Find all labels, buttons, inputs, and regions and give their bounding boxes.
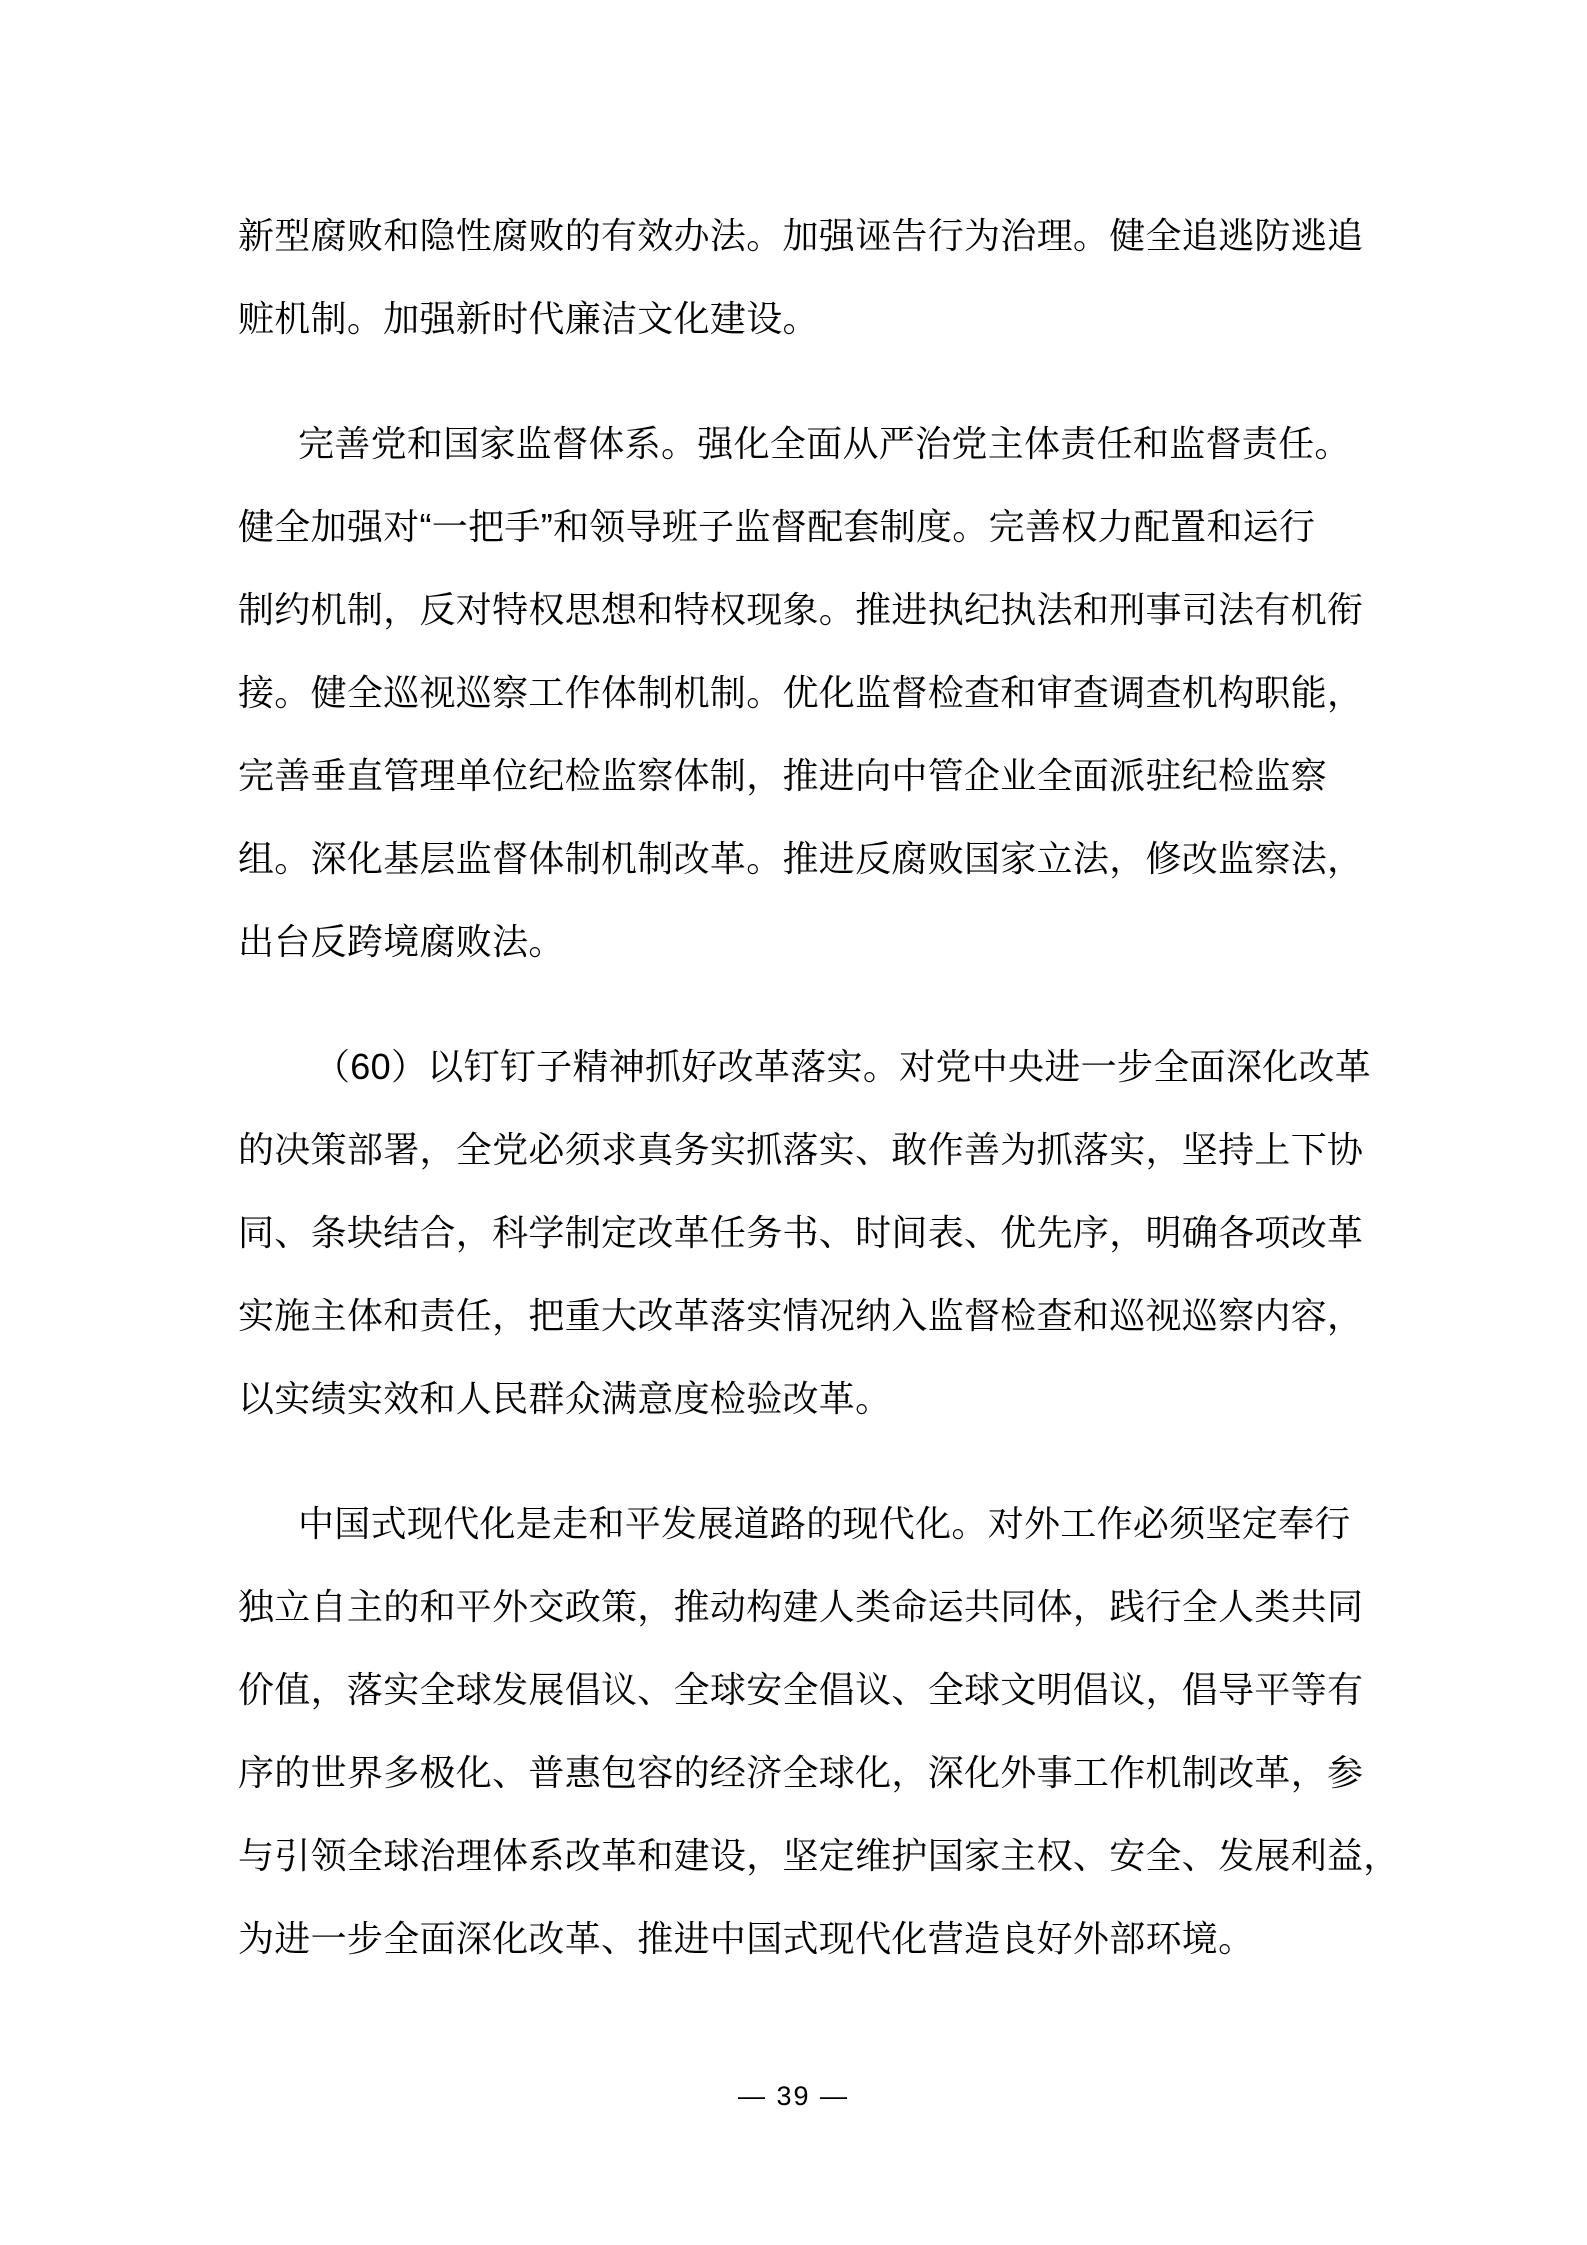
- text-line: 制约机制，反对特权思想和特权现象。推进执纪执法和刑事司法有机衔: [238, 568, 1352, 651]
- text-line: 赃机制。加强新时代廉洁文化建设。: [238, 277, 1352, 360]
- text-line: 组。深化基层监督体制机制改革。推进反腐败国家立法，修改监察法，: [238, 817, 1352, 900]
- text-line: 健全加强对“一把手”和领导班子监督配套制度。完善权力配置和运行: [238, 485, 1352, 568]
- paragraph: 完善党和国家监督体系。强化全面从严治党主体责任和监督责任。健全加强对“一把手”和…: [238, 402, 1352, 983]
- text-line: 出台反跨境腐败法。: [238, 900, 1352, 983]
- text-line: 完善党和国家监督体系。强化全面从严治党主体责任和监督责任。: [238, 402, 1352, 485]
- text-line: 中国式现代化是走和平发展道路的现代化。对外工作必须坚定奉行: [238, 1482, 1352, 1565]
- paragraph: 中国式现代化是走和平发展道路的现代化。对外工作必须坚定奉行独立自主的和平外交政策…: [238, 1482, 1352, 1980]
- document-page: 新型腐败和隐性腐败的有效办法。加强诬告行为治理。健全追逃防逃追赃机制。加强新时代…: [0, 0, 1587, 2245]
- text-line: （60）以钉钉子精神抓好改革落实。对党中央进一步全面深化改革: [238, 1025, 1352, 1108]
- text-line: 新型腐败和隐性腐败的有效办法。加强诬告行为治理。健全追逃防逃追: [238, 194, 1352, 277]
- text-line: 以实绩实效和人民群众满意度检验改革。: [238, 1357, 1352, 1440]
- text-line: 为进一步全面深化改革、推进中国式现代化营造良好外部环境。: [238, 1897, 1352, 1980]
- document-body: 新型腐败和隐性腐败的有效办法。加强诬告行为治理。健全追逃防逃追赃机制。加强新时代…: [238, 194, 1352, 1980]
- text-line: 与引领全球治理体系改革和建设，坚定维护国家主权、安全、发展利益，: [238, 1814, 1352, 1897]
- page-footer: — 39 —: [0, 2076, 1587, 2116]
- text-line: 序的世界多极化、普惠包容的经济全球化，深化外事工作机制改革，参: [238, 1731, 1352, 1814]
- page-number: — 39 —: [738, 2081, 849, 2111]
- paragraph: （60）以钉钉子精神抓好改革落实。对党中央进一步全面深化改革的决策部署，全党必须…: [238, 1025, 1352, 1440]
- text-line: 价值，落实全球发展倡议、全球安全倡议、全球文明倡议，倡导平等有: [238, 1648, 1352, 1731]
- text-line: 接。健全巡视巡察工作体制机制。优化监督检查和审查调查机构职能，: [238, 651, 1352, 734]
- text-line: 实施主体和责任，把重大改革落实情况纳入监督检查和巡视巡察内容，: [238, 1274, 1352, 1357]
- text-line: 完善垂直管理单位纪检监察体制，推进向中管企业全面派驻纪检监察: [238, 734, 1352, 817]
- paragraph: 新型腐败和隐性腐败的有效办法。加强诬告行为治理。健全追逃防逃追赃机制。加强新时代…: [238, 194, 1352, 360]
- text-line: 同、条块结合，科学制定改革任务书、时间表、优先序，明确各项改革: [238, 1191, 1352, 1274]
- text-line: 的决策部署，全党必须求真务实抓落实、敢作善为抓落实，坚持上下协: [238, 1108, 1352, 1191]
- text-line: 独立自主的和平外交政策，推动构建人类命运共同体，践行全人类共同: [238, 1565, 1352, 1648]
